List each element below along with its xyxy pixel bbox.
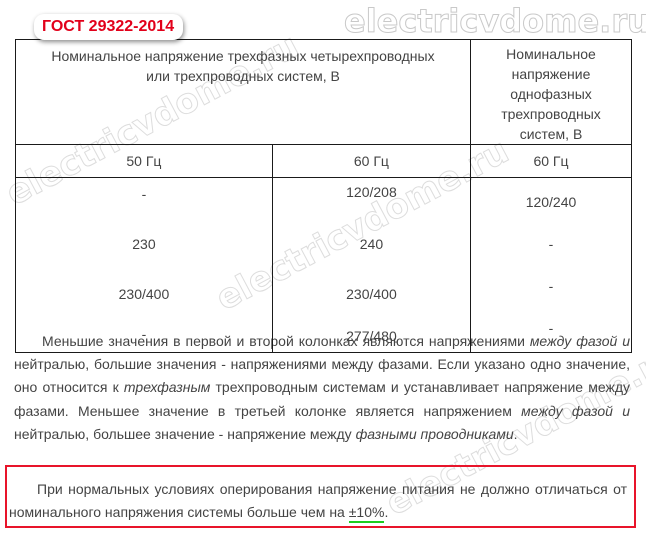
table-cell: - (16, 326, 272, 342)
emphasis: фазными проводниками (356, 426, 514, 442)
table-cell: 240 (273, 236, 470, 252)
text: нейтралью, большее значение - напряжение… (14, 426, 356, 442)
emphasis: между фазой и (521, 403, 630, 419)
table-cell: 120/208 (273, 184, 470, 200)
table-cell: 230/400 (273, 286, 470, 302)
subheader-60hz-single: 60 Гц (471, 145, 632, 178)
column-50hz: - 230 230/400 - (16, 178, 273, 353)
subheader-50hz: 50 Гц (16, 145, 273, 178)
table-cell: - (471, 320, 631, 336)
table-cell: - (471, 278, 631, 294)
table-cell: 230 (16, 236, 272, 252)
table-cell: 120/240 (471, 194, 631, 210)
text: . (514, 426, 518, 442)
emphasis: трехфазным (124, 379, 210, 395)
standard-badge: ГОСТ 29322-2014 (34, 14, 183, 40)
voltage-table: Номинальное напряжение трехфазных четыре… (15, 39, 632, 353)
subheader-60hz: 60 Гц (272, 145, 470, 178)
watermark-logo: electricvdome.ru (344, 2, 646, 40)
header-single-phase: Номинальное напряжение однофазных трехпр… (471, 40, 632, 145)
header-three-phase: Номинальное напряжение трехфазных четыре… (16, 40, 471, 145)
table-cell: 277/480 (273, 328, 470, 344)
tolerance-value: ±10% (349, 504, 385, 523)
table-cell: - (16, 186, 272, 202)
note-end: . (384, 504, 388, 520)
tolerance-note: При нормальных условиях оперирования нап… (9, 478, 627, 524)
column-60hz: 120/208 240 230/400 277/480 (272, 178, 470, 353)
table-cell: 230/400 (16, 286, 272, 302)
column-60hz-single: 120/240 - - - (471, 178, 632, 353)
table-cell: - (471, 236, 631, 252)
note-text: При нормальных условиях оперирования нап… (9, 481, 627, 520)
